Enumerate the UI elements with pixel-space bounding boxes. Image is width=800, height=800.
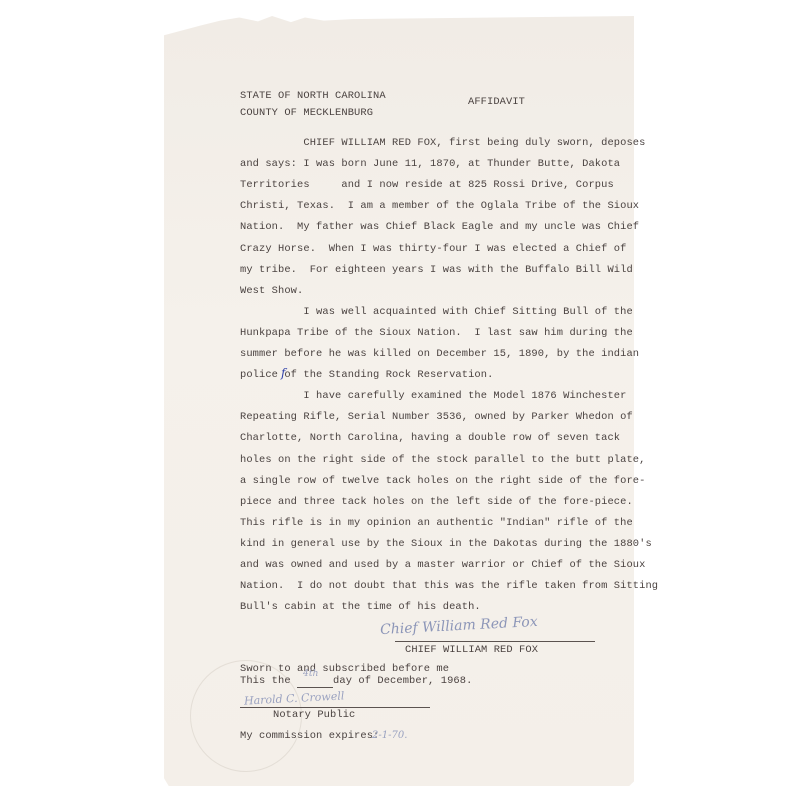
body-line: holes on the right side of the stock par…: [240, 454, 645, 466]
body-line: Hunkpapa Tribe of the Sioux Nation. I la…: [240, 327, 633, 339]
body-line: piece and three tack holes on the left s…: [240, 496, 633, 508]
document-title: AFFIDAVIT: [468, 96, 525, 108]
body-line: Charlotte, North Carolina, having a doub…: [240, 432, 620, 444]
body-line: CHIEF WILLIAM RED FOX, first being duly …: [240, 137, 645, 149]
body-line: Territories and I now reside at 825 Ross…: [240, 179, 614, 191]
county-heading: COUNTY OF MECKLENBURG: [240, 107, 373, 119]
body-line: West Show.: [240, 285, 303, 297]
ink-correction: f: [281, 366, 285, 380]
typed-signatory-name: CHIEF WILLIAM RED FOX: [405, 644, 538, 656]
body-line: I have carefully examined the Model 1876…: [240, 390, 626, 402]
commission-label: My commission expires:: [240, 730, 379, 742]
state-heading: STATE OF NORTH CAROLINA: [240, 90, 386, 102]
jurat-line-2: This the 4th day of December, 1968.: [240, 675, 472, 688]
day-handwritten: 4th: [303, 669, 318, 679]
body-line: Nation. My father was Chief Black Eagle …: [240, 221, 639, 233]
notary-public-label: Notary Public: [273, 709, 355, 721]
body-line: my tribe. For eighteen years I was with …: [240, 264, 633, 276]
day-blank: 4th: [297, 675, 333, 688]
jurat-line-1: Sworn to and subscribed before me: [240, 663, 449, 675]
body-line: and says: I was born June 11, 1870, at T…: [240, 158, 620, 170]
jurat-prefix: This the: [240, 675, 297, 687]
body-line: and was owned and used by a master warri…: [240, 559, 645, 571]
body-line: kind in general use by the Sioux in the …: [240, 538, 652, 550]
body-line: I was well acquainted with Chief Sitting…: [240, 306, 633, 318]
body-line: Bull's cabin at the time of his death.: [240, 601, 481, 613]
signature-line: [395, 641, 595, 642]
body-line: Crazy Horse. When I was thirty-four I wa…: [240, 243, 626, 255]
body-line: a single row of twelve tack holes on the…: [240, 475, 645, 487]
body-line: police of the Standing Rock Reservation.: [240, 369, 493, 381]
body-line: Nation. I do not doubt that this was the…: [240, 580, 658, 592]
commission-date: 2-1-70.: [372, 730, 407, 741]
body-line: This rifle is in my opinion an authentic…: [240, 517, 633, 529]
notary-signature-line: [240, 707, 430, 708]
body-line: Repeating Rifle, Serial Number 3536, own…: [240, 411, 633, 423]
jurat-suffix: day of December, 1968.: [333, 675, 472, 687]
body-line: summer before he was killed on December …: [240, 348, 639, 360]
body-line: Christi, Texas. I am a member of the Ogl…: [240, 200, 639, 212]
